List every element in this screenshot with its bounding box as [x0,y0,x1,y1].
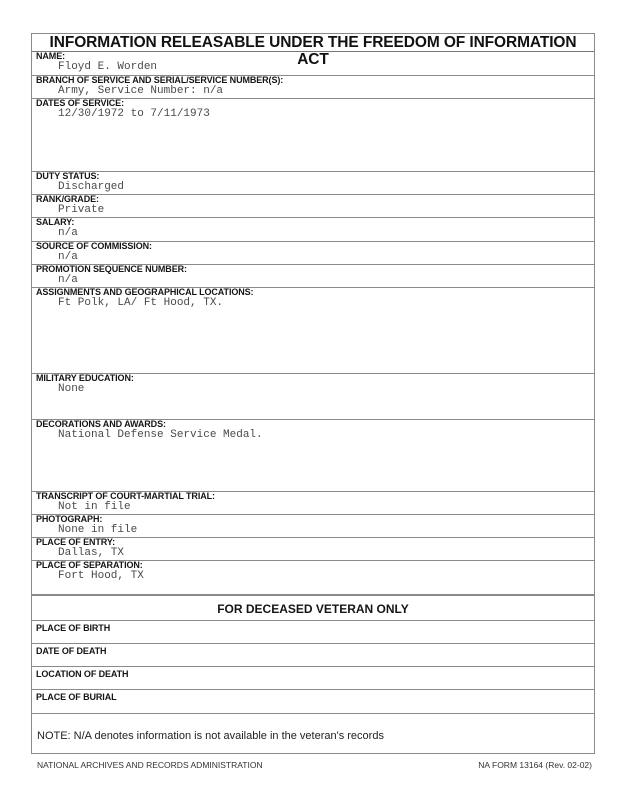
field-decorations-awards: DECORATIONS AND AWARDS: National Defense… [32,419,594,492]
section-title: FOR DECEASED VETERAN ONLY [32,602,594,616]
field-label: PLACE OF BURIAL [36,692,117,702]
field-dates-of-service: DATES OF SERVICE: 12/30/1972 to 7/11/197… [32,98,594,172]
field-value: 12/30/1972 to 7/11/1973 [58,108,210,121]
field-value: Army, Service Number: n/a [58,85,223,98]
field-location-of-death: LOCATION OF DEATH [32,666,594,690]
field-salary: SALARY: n/a [32,217,594,242]
field-value: Dallas, TX [58,547,124,560]
field-value: n/a [58,227,78,240]
form-title: INFORMATION RELEASABLE UNDER THE FREEDOM… [32,34,594,52]
field-name: NAME: Floyd E. Worden [32,51,594,76]
field-photograph: PHOTOGRAPH: None in file [32,514,594,538]
field-rank-grade: RANK/GRADE: Private [32,194,594,218]
field-place-of-separation: PLACE OF SEPARATION: Fort Hood, TX [32,560,594,596]
field-value: n/a [58,274,78,287]
form-number: NA FORM 13164 (Rev. 02-02) [478,760,592,770]
field-value: Discharged [58,181,124,194]
field-source-of-commission: SOURCE OF COMMISSION: n/a [32,241,594,265]
field-value: National Defense Service Medal. [58,429,263,442]
deceased-section-header: FOR DECEASED VETERAN ONLY [32,596,594,621]
agency-name: NATIONAL ARCHIVES AND RECORDS ADMINISTRA… [37,760,263,770]
field-date-of-death: DATE OF DEATH [32,643,594,667]
field-place-of-birth: PLACE OF BIRTH [32,620,594,644]
field-value: Ft Polk, LA/ Ft Hood, TX. [58,297,223,310]
field-value: Private [58,204,104,217]
field-label: SOURCE OF COMMISSION: [36,241,152,252]
foia-form: INFORMATION RELEASABLE UNDER THE FREEDOM… [31,33,595,754]
field-label: PLACE OF BIRTH [36,623,110,633]
field-label: MILITARY EDUCATION: [36,373,134,384]
field-value: Not in file [58,501,131,514]
field-promotion-sequence: PROMOTION SEQUENCE NUMBER: n/a [32,264,594,288]
field-duty-status: DUTY STATUS: Discharged [32,171,594,195]
note-text: NOTE: N/A denotes information is not ava… [37,730,384,742]
field-place-of-burial: PLACE OF BURIAL [32,689,594,714]
field-value: Floyd E. Worden [58,61,157,74]
field-value: None in file [58,524,137,537]
field-branch-service: BRANCH OF SERVICE AND SERIAL/SERVICE NUM… [32,75,594,99]
field-court-martial: TRANSCRIPT OF COURT-MARTIAL TRIAL: Not i… [32,491,594,515]
field-value: Fort Hood, TX [58,570,144,583]
field-label: LOCATION OF DEATH [36,669,128,679]
field-military-education: MILITARY EDUCATION: None [32,373,594,420]
field-label: DATE OF DEATH [36,646,106,656]
field-assignments: ASSIGNMENTS AND GEOGRAPHICAL LOCATIONS: … [32,287,594,374]
field-place-of-entry: PLACE OF ENTRY: Dallas, TX [32,537,594,561]
field-value: None [58,383,84,396]
field-value: n/a [58,251,78,264]
